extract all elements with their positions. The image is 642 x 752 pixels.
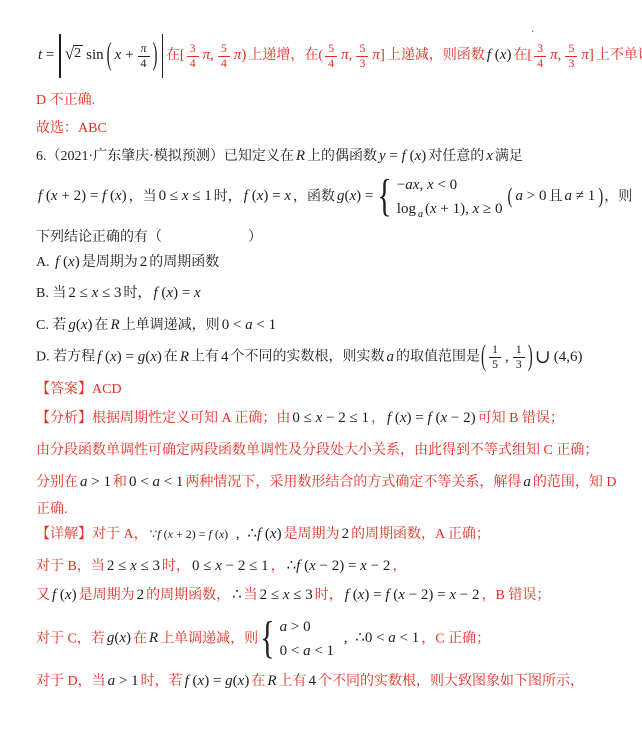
math-text: ∴f (x − 2) = x − 2 [287, 558, 391, 574]
stretchy-paren: ) [598, 180, 603, 214]
math-text: , [505, 349, 509, 365]
subscript: a [418, 209, 423, 220]
cases-brace: { [260, 617, 274, 662]
stretchy-paren: ( [481, 335, 486, 380]
cjk-text: C. 若 [36, 318, 66, 333]
cjk-text: ） [248, 230, 262, 245]
cjk-text: ，函数 [293, 189, 335, 204]
fraction: π4 [138, 42, 150, 71]
cjk-text: 对任意的 [428, 149, 484, 164]
cjk-text: 时， [315, 588, 343, 603]
option-a: A. f (x)是周期为2的周期函数 [36, 251, 622, 274]
cjk-text: A. [36, 255, 53, 270]
cases-row: −ax, x < 0 [395, 174, 505, 197]
math-text: a [387, 349, 395, 365]
stretchy-paren: ) [153, 32, 158, 79]
cases-row: 0 < a < 1 [278, 640, 336, 663]
math-text: R [180, 349, 189, 365]
math-text: ∴0 < a < 1 [355, 630, 419, 646]
fraction: 34 [534, 42, 546, 71]
cjk-text: 个不同的实数根，则实数 [231, 350, 385, 365]
math-text: 2 ≤ x ≤ 3 [260, 587, 313, 603]
detail-option-d: 对于 D，当a > 1时，若f (x) = g(x)在R上有4个不同的实数根，则… [36, 670, 622, 693]
cjk-text: 上单调递减，则 [122, 318, 220, 333]
cjk-text: 又 [36, 588, 50, 603]
cjk-text: 对于 C，若 [36, 631, 105, 646]
math-text: 0 ≤ x − 2 ≤ 1 [292, 410, 369, 426]
math-text: f (x) = g(x) [185, 673, 250, 689]
math-text: ∵f (x + 2) = f (x) [150, 527, 229, 541]
cjk-text: 故选：ABC [36, 121, 107, 136]
math-text: a [523, 474, 531, 490]
math-text: 4 [221, 349, 229, 365]
math-text: π, [341, 47, 352, 63]
math-text: a > 0 [280, 619, 311, 635]
fraction: 53 [565, 42, 577, 71]
math-text: R [267, 673, 276, 689]
cjk-text: ， [371, 411, 385, 426]
cjk-text: 在 [164, 350, 178, 365]
cases-row: a > 0 [278, 616, 336, 639]
cjk-text: 对于 D，当 [36, 674, 106, 689]
cjk-text: 在[ [166, 48, 185, 63]
cjk-text: 由分段函数单调性可确定两段函数单调性及分段处大小关系，由此得到不等式组知 C 正… [36, 443, 598, 458]
cjk-text: 分别在 [36, 475, 78, 490]
math-text: 0 < a < 1 [222, 317, 276, 333]
cjk-text: 的周期函数 [149, 255, 219, 270]
answer-line: 【答案】ACD [36, 379, 622, 400]
math-text: (x + 1), x ≥ 0 [425, 201, 503, 217]
fraction: 54 [325, 42, 337, 71]
math-text: 0 ≤ x − 2 ≤ 1 [192, 558, 269, 574]
analysis-line-1: 【分析】根据周期性定义可知 A 正确；由0 ≤ x − 2 ≤ 1，f (x) … [36, 407, 622, 430]
fraction: 15 [489, 343, 501, 372]
cjk-text: 时，若 [141, 674, 183, 689]
cjk-text: 上单调递减，则 [160, 631, 258, 646]
math-text: f (x) = x [153, 285, 200, 301]
math-text: f (x) [487, 47, 512, 63]
cjk-text: 的周期函数， [146, 588, 230, 603]
math-text: 0 < a < 1 [280, 643, 334, 659]
math-text: x + [115, 47, 134, 63]
fraction: 54 [218, 42, 230, 71]
math-text: π] [581, 47, 594, 63]
cjk-text: 可知 B 错误； [478, 411, 564, 426]
math-text: f (x) [55, 254, 80, 270]
math-text: , [232, 526, 243, 542]
detail-option-b-line-1: 对于 B，当2 ≤ x ≤ 3时，0 ≤ x − 2 ≤ 1，∴f (x − 2… [36, 555, 622, 578]
cjk-text: 上递增，在( [248, 48, 323, 63]
math-text: π, [550, 47, 561, 63]
math-text: 2 [140, 254, 148, 270]
math-text: −ax, x < 0 [397, 177, 457, 193]
math-text: (4,6) [554, 349, 583, 365]
math-text: ∴ [232, 587, 242, 603]
option-b: B. 当2 ≤ x ≤ 3时，f (x) = x [36, 282, 622, 305]
cjk-text: ，C 正确； [421, 631, 490, 646]
cjk-text: 时， [123, 286, 151, 301]
cjk-text: 个不同的实数根，则大致图象如下图所示， [318, 674, 584, 689]
cjk-text: 上的偶函数 [307, 149, 377, 164]
math-text: g(x) [68, 317, 92, 333]
fraction: 13 [513, 343, 525, 372]
cjk-text: 在[ [513, 48, 532, 63]
cjk-text: B. 当 [36, 286, 66, 301]
stretchy-paren: ( [508, 180, 513, 214]
math-text: a > 1 [80, 474, 111, 490]
cjk-text: ，当 [129, 189, 157, 204]
cjk-text: 【答案】ACD [36, 382, 122, 397]
cjk-text: 【详解】对于 A， [36, 527, 148, 542]
math-text: a > 0 [516, 188, 547, 204]
cjk-text: 的周期函数，A 正确； [351, 527, 490, 542]
math-text: 2 [342, 526, 350, 542]
cjk-text: ，则 [604, 189, 632, 204]
cjk-text: 上有 [191, 350, 219, 365]
math-text: g(x) [107, 630, 131, 646]
math-text: a > 1 [108, 673, 139, 689]
conclusion-d-incorrect: D 不正确. [36, 90, 622, 111]
cjk-text: 是周期为 [82, 255, 138, 270]
cjk-text: 上递减，则函数 [387, 48, 485, 63]
cjk-text: 是周期为 [284, 527, 340, 542]
math-text: f (x) = f (x − 2) [387, 410, 476, 426]
cjk-text: 上不单调， [596, 48, 642, 63]
analysis-line-4: 正确. [36, 499, 622, 520]
math-text: R [111, 317, 120, 333]
math-text: x [486, 148, 493, 164]
fraction: 53 [356, 42, 368, 71]
detail-option-a: 【详解】对于 A，∵f (x + 2) = f (x) , ∴f (x)是周期为… [36, 523, 622, 546]
math-text: a ≠ 1 [564, 188, 595, 204]
cjk-text: 时， [214, 189, 242, 204]
option-c: C. 若g(x)在R上单调递减，则0 < a < 1 [36, 314, 622, 337]
cjk-text: 6.（2021·广东肇庆·模拟预测）已知定义在 [36, 149, 294, 164]
piecewise-cases: {a > 00 < a < 1 [260, 616, 336, 663]
cjk-text: 在 [95, 318, 109, 333]
answer-choice-line: 故选：ABC [36, 118, 622, 139]
math-text: R [149, 630, 158, 646]
cjk-text: 正确. [36, 502, 68, 517]
cjk-text: ， [271, 559, 285, 574]
abs-value-bar [59, 34, 60, 78]
math-text: f (x) = x [244, 188, 291, 204]
cjk-text: D. 若方程 [36, 350, 95, 365]
cjk-text: ， [392, 559, 406, 574]
math-text: f (x) [52, 587, 77, 603]
cjk-text: 两种情况下，采用数形结合的方式确定不等关系，解得 [185, 475, 521, 490]
detail-option-b-line-2: 又f (x)是周期为2的周期函数，∴当2 ≤ x ≤ 3时，f (x) = f … [36, 584, 622, 607]
math-text: 0 ≤ x ≤ 1 [159, 188, 212, 204]
math-text: t = [38, 47, 54, 63]
math-text: 2 ≤ x ≤ 3 [107, 558, 160, 574]
math-text: 2 [137, 587, 145, 603]
analysis-line-3: 分别在a > 1和0 < a < 1两种情况下，采用数形结合的方式确定不等关系，… [36, 471, 622, 494]
cjk-text: 是周期为 [79, 588, 135, 603]
option-d: D. 若方程f (x) = g(x)在R上有4个不同的实数根，则实数a的取值范围… [36, 343, 622, 372]
abs-value-bar [162, 34, 163, 78]
analysis-line-2: 由分段函数单调性可确定两段函数单调性及分段处大小关系，由此得到不等式组知 C 正… [36, 440, 622, 461]
cjk-text: 下列结论正确的有（ [36, 230, 162, 245]
math-text: f (x) = g(x) [97, 349, 162, 365]
cjk-text: 在 [251, 674, 265, 689]
cases-brace: { [377, 175, 391, 220]
cjk-text: 和 [113, 475, 127, 490]
union-symbol: ∪ [535, 347, 551, 368]
cjk-text: 的取值范围是 [396, 350, 480, 365]
question-6-stem-line-2: f (x + 2) = f (x)，当0 ≤ x ≤ 1时，f (x) = x，… [36, 174, 622, 221]
math-text: f (x + 2) = f (x) [38, 188, 127, 204]
cjk-text: 在 [133, 631, 147, 646]
detail-option-c: 对于 C，若g(x)在R上单调递减，则{a > 00 < a < 1 , ∴0 … [36, 616, 622, 663]
math-text: π) [234, 47, 247, 63]
math-text: y = f (x) [379, 148, 426, 164]
piecewise-cases: {−ax, x < 0loga(x + 1), x ≥ 0 [377, 174, 504, 221]
cjk-text: 上有 [279, 674, 307, 689]
math-text: π, [203, 47, 214, 63]
cjk-text: 且 [548, 189, 562, 204]
cjk-text: ，B 错误； [482, 588, 551, 603]
math-text: 4 [309, 673, 317, 689]
monotonicity-conclusion-line: t =√2sin(x +π4)在[34π,54π)上递增，在(54π,53π]上… [36, 34, 622, 78]
stretchy-paren: ( [107, 32, 112, 79]
cjk-text: 对于 B，当 [36, 559, 105, 574]
question-6-prompt: 下列结论正确的有（） [36, 227, 622, 248]
math-text: R [296, 148, 305, 164]
math-text: ∴f (x) [247, 526, 281, 542]
radical: √2 [65, 45, 83, 64]
cjk-text: 时， [162, 559, 190, 574]
stretchy-paren: ) [528, 335, 533, 380]
cjk-text: D 不正确. [36, 93, 95, 108]
math-text: 2 ≤ x ≤ 3 [68, 285, 121, 301]
cjk-text: 【分析】根据周期性定义可知 A 正确；由 [36, 411, 290, 426]
worksheet-page: . t =√2sin(x +π4)在[34π,54π)上递增，在(54π,53π… [0, 0, 642, 752]
math-text: f (x) = f (x − 2) = x − 2 [345, 587, 480, 603]
math-function: log [397, 201, 416, 217]
cjk-text: 的范围，知 D [533, 475, 617, 490]
blank-gap [162, 240, 248, 241]
math-text: π] [372, 47, 385, 63]
cjk-text: 当 [244, 588, 258, 603]
math-text: , [340, 630, 351, 646]
math-text: g(x) = [337, 188, 373, 204]
fraction: 34 [187, 42, 199, 71]
cjk-text: 满足 [495, 149, 523, 164]
cases-row: loga(x + 1), x ≥ 0 [395, 198, 505, 221]
question-6-stem-line-1: 6.（2021·广东肇庆·模拟预测）已知定义在R上的偶函数y = f (x)对任… [36, 145, 622, 168]
document-body: t =√2sin(x +π4)在[34π,54π)上递增，在(54π,53π]上… [36, 34, 622, 692]
math-function: sin [86, 47, 104, 63]
math-text: 0 < a < 1 [129, 474, 183, 490]
